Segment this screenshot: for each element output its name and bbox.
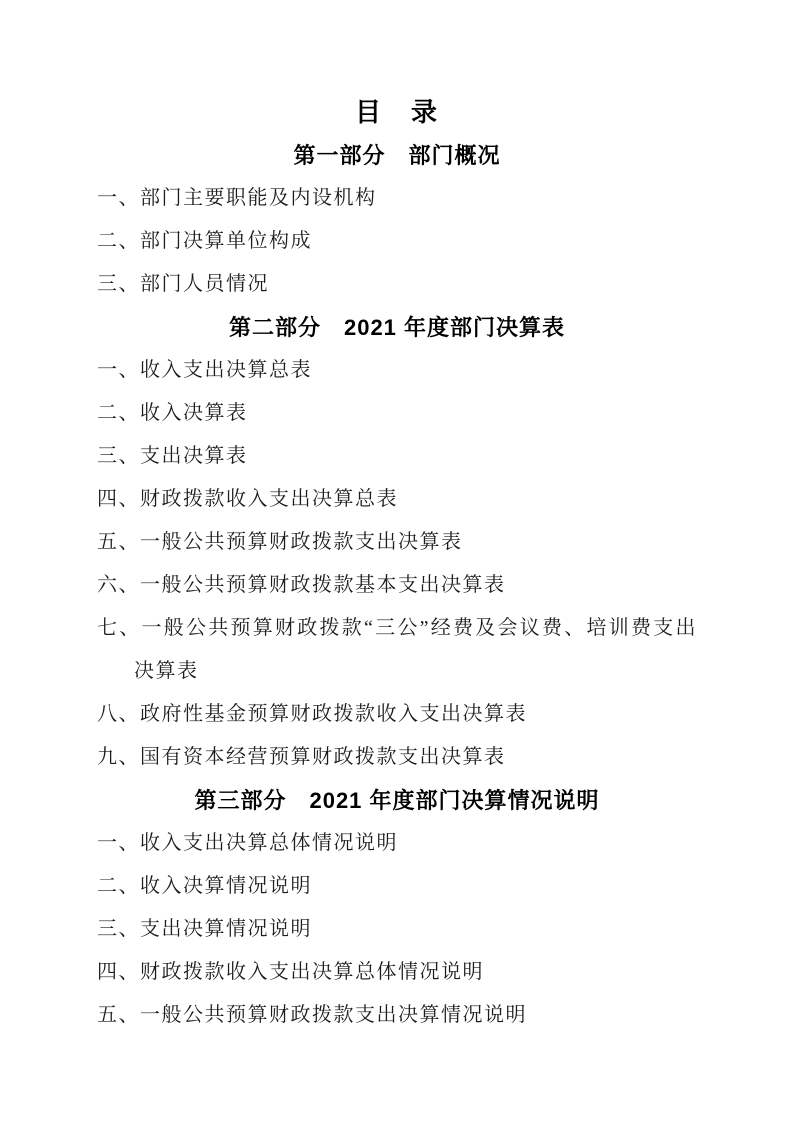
toc-item: 三、支出决算情况说明 (97, 908, 697, 951)
toc-title: 目 录 (97, 91, 697, 134)
toc-item: 一、收入支出决算总表 (97, 349, 697, 392)
toc-item: 三、支出决算表 (97, 435, 697, 478)
toc-sections: 第一部分 部门概况一、部门主要职能及内设机构二、部门决算单位构成三、部门人员情况… (97, 134, 697, 1037)
toc-section: 第二部分 2021 年度部门决算表一、收入支出决算总表二、收入决算表三、支出决算… (97, 306, 697, 779)
toc-item: 三、部门人员情况 (97, 263, 697, 306)
toc-item: 五、一般公共预算财政拨款支出决算情况说明 (97, 994, 697, 1037)
toc-item: 九、国有资本经营预算财政拨款支出决算表 (97, 736, 697, 779)
toc-item: 八、政府性基金预算财政拨款收入支出决算表 (97, 693, 697, 736)
toc-item: 七、一般公共预算财政拨款“三公”经费及会议费、培训费支出决算表 (97, 607, 697, 693)
toc-item: 四、财政拨款收入支出决算总表 (97, 478, 697, 521)
toc-item: 五、一般公共预算财政拨款支出决算表 (97, 521, 697, 564)
toc-item: 二、部门决算单位构成 (97, 220, 697, 263)
toc-item: 六、一般公共预算财政拨款基本支出决算表 (97, 564, 697, 607)
toc-item: 一、收入支出决算总体情况说明 (97, 822, 697, 865)
section-heading: 第三部分 2021 年度部门决算情况说明 (97, 779, 697, 822)
toc-section: 第一部分 部门概况一、部门主要职能及内设机构二、部门决算单位构成三、部门人员情况 (97, 134, 697, 306)
toc-item: 二、收入决算情况说明 (97, 865, 697, 908)
toc-item: 二、收入决算表 (97, 392, 697, 435)
toc-item: 一、部门主要职能及内设机构 (97, 177, 697, 220)
toc-item: 四、财政拨款收入支出决算总体情况说明 (97, 951, 697, 994)
toc-section: 第三部分 2021 年度部门决算情况说明一、收入支出决算总体情况说明二、收入决算… (97, 779, 697, 1037)
document-page: 目 录 第一部分 部门概况一、部门主要职能及内设机构二、部门决算单位构成三、部门… (0, 0, 793, 1122)
section-heading: 第一部分 部门概况 (97, 134, 697, 177)
section-heading: 第二部分 2021 年度部门决算表 (97, 306, 697, 349)
